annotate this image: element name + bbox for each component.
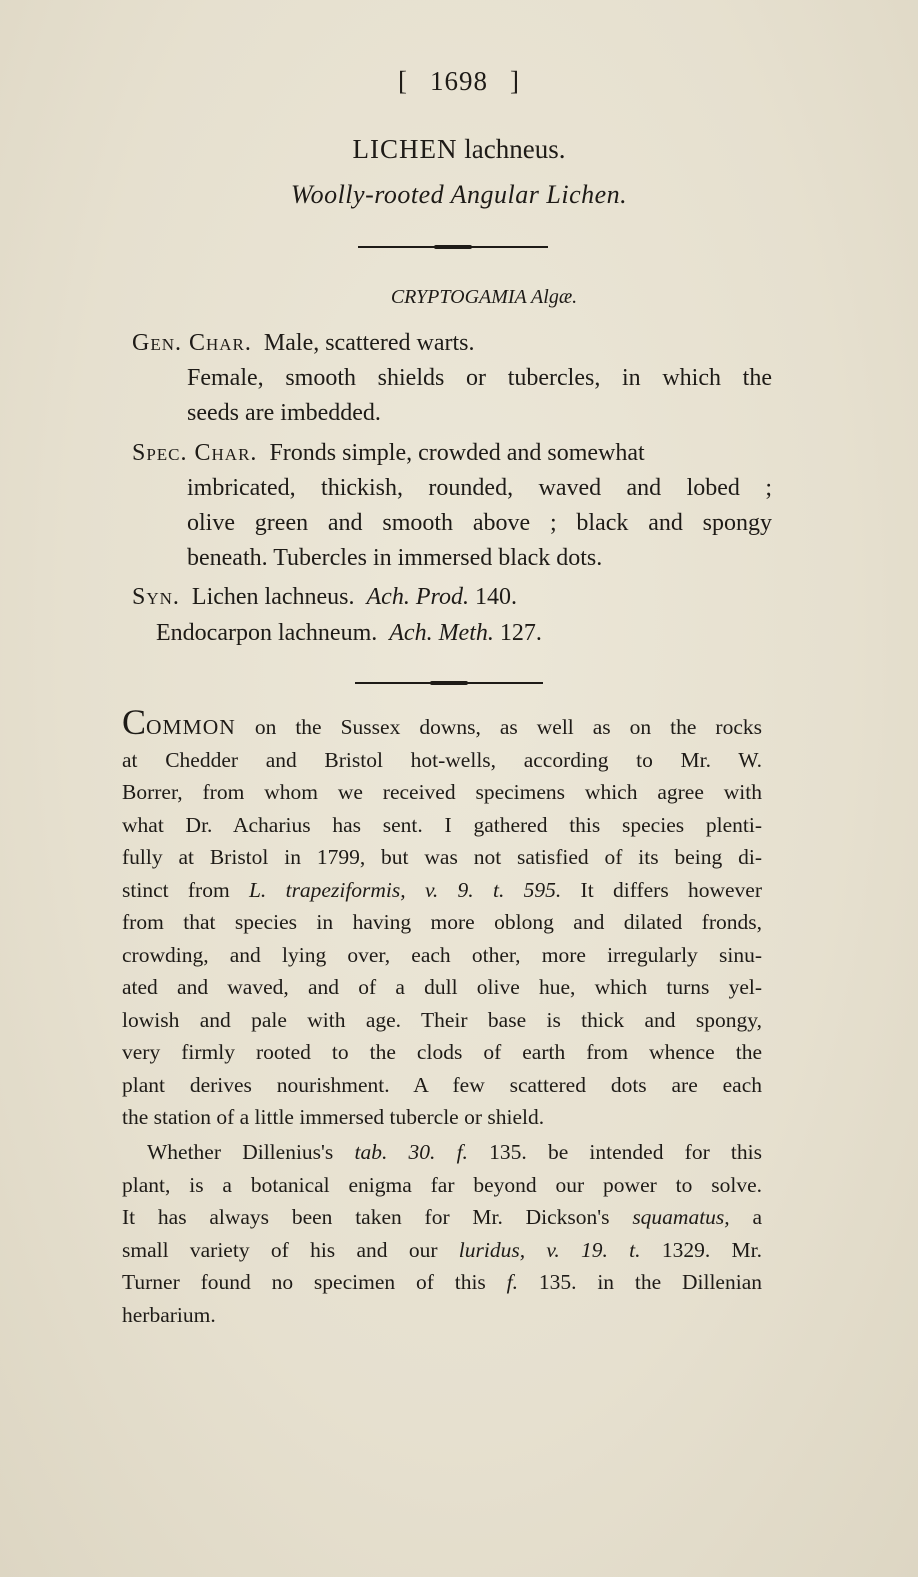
syn-label: Syn. <box>132 584 180 610</box>
syn-name: Lichen lachneus. <box>192 584 355 610</box>
syn-name: Endocarpon lachneum. <box>156 620 377 646</box>
species-reference: L. trapeziformis, v. 9. t. 595. <box>249 878 561 902</box>
text-line: It differs however <box>561 878 762 902</box>
text: Turner found no specimen of this <box>122 1270 507 1294</box>
book-page: [1698] LICHEN lachneus. Woolly-rooted An… <box>0 0 918 1577</box>
text-line: plant, is a botanical enigma far beyond … <box>122 1169 762 1202</box>
text: 135. be intended for this <box>468 1140 762 1164</box>
text-line: fully at Bristol in 1799, but was not sa… <box>122 841 762 874</box>
italic-ref: f. <box>507 1270 518 1294</box>
specific-character: Spec. Char. Fronds simple, crowded and s… <box>132 436 772 576</box>
text: It has always been taken for Mr. Dickson… <box>122 1205 632 1229</box>
text-line: from that species in having more oblong … <box>122 906 762 939</box>
bracket-right: ] <box>510 66 520 97</box>
ornamental-rule <box>355 682 543 684</box>
text-line: the station of a little immersed tubercl… <box>122 1101 762 1134</box>
lead-word: OMMON <box>146 715 236 739</box>
page-number-value: 1698 <box>430 66 488 96</box>
synonym-2: Endocarpon lachneum. Ach. Meth. 127. <box>156 616 776 651</box>
spec-char-text: Fronds simple, crowded and somewhat <box>269 440 644 466</box>
italic-ref: tab. 30. f. <box>354 1140 467 1164</box>
spec-char-label: Spec. Char. <box>132 440 257 466</box>
spec-char-line: olive green and smooth above ; black and… <box>187 506 772 541</box>
text-line: Borrer, from whom we received specimens … <box>122 776 762 809</box>
italic-ref: squamatus, <box>632 1205 729 1229</box>
gen-char-line: seeds are imbedded. <box>187 396 772 431</box>
text-line: what Dr. Acharius has sent. I gathered t… <box>122 809 762 842</box>
common-name: Woolly-rooted Angular Lichen. <box>0 180 918 210</box>
species-title: LICHEN lachneus. <box>0 134 918 165</box>
generic-character: Gen. Char. Male, scattered warts. Female… <box>132 326 772 431</box>
text: Whether Dillenius's <box>147 1140 354 1164</box>
text-line: herbarium. <box>122 1299 762 1332</box>
classification: CRYPTOGAMIA Algæ. <box>0 286 918 309</box>
synonym-1: Syn. Lichen lachneus. Ach. Prod. 140. <box>132 580 772 615</box>
syn-num: 140. <box>475 584 517 610</box>
text-line: very firmly rooted to the clods of earth… <box>122 1036 762 1069</box>
syn-ref: Ach. Meth. <box>389 620 494 646</box>
text: 135. in the Dillenian <box>518 1270 762 1294</box>
text: a <box>730 1205 762 1229</box>
gen-char-text: Male, scattered warts. <box>264 330 475 356</box>
drop-cap: C <box>122 702 146 742</box>
text: 1329. Mr. <box>641 1238 762 1262</box>
description-paragraph-2: Whether Dillenius's tab. 30. f. 135. be … <box>122 1136 762 1331</box>
ornamental-rule <box>358 246 548 248</box>
text-line: stinct from <box>122 878 249 902</box>
syn-ref: Ach. Prod. <box>367 584 469 610</box>
bracket-left: [ <box>398 66 408 97</box>
class-name: CRYPTOGAMIA <box>391 286 527 308</box>
text-line: crowding, and lying over, each other, mo… <box>122 939 762 972</box>
page-number: [1698] <box>0 66 918 97</box>
text-line: at Chedder and Bristol hot-wells, accord… <box>122 744 762 777</box>
description-paragraph: COMMON on the Sussex downs, as well as o… <box>122 704 762 1134</box>
genus-name: LICHEN <box>353 134 458 164</box>
spec-char-line: beneath. Tubercles in immersed black dot… <box>187 541 772 576</box>
italic-ref: luridus, v. 19. t. <box>459 1238 641 1262</box>
gen-char-line: Female, smooth shields or tubercles, in … <box>187 361 772 396</box>
species-name: lachneus. <box>464 134 565 164</box>
syn-num: 127. <box>500 620 542 646</box>
text-line: plant derives nourishment. A few scatter… <box>122 1069 762 1102</box>
spec-char-line: imbricated, thickish, rounded, waved and… <box>187 471 772 506</box>
text-line: ated and waved, and of a dull olive hue,… <box>122 971 762 1004</box>
text-line: lowish and pale with age. Their base is … <box>122 1004 762 1037</box>
text: small variety of his and our <box>122 1238 459 1262</box>
gen-char-label: Gen. Char. <box>132 330 252 356</box>
order-name: Algæ. <box>531 286 577 308</box>
text-line: on the Sussex downs, as well as on the r… <box>236 715 762 739</box>
